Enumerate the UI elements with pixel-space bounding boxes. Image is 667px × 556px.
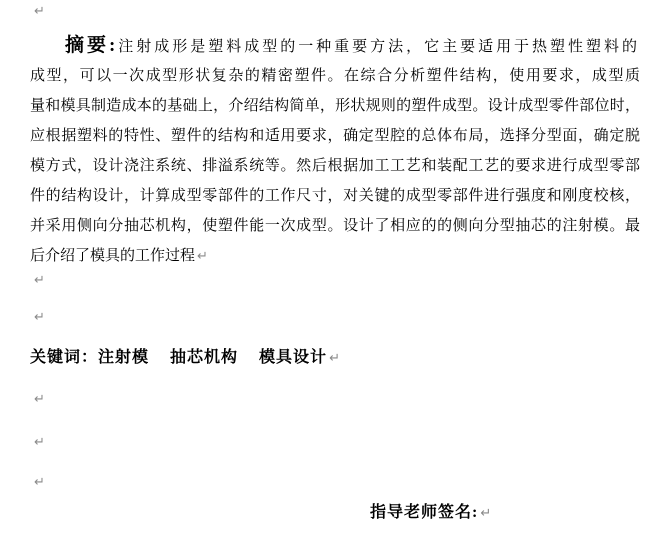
abstract-line: 并采用侧向分抽芯机构，使塑件能一次成型。设计了相应的的侧向分型抽芯的注射模。最 [30, 211, 640, 241]
paragraph-mark: ↵ [480, 506, 492, 521]
abstract-line: 应根据塑料的特性、塑件的结构和适用要求，确定型腔的总体布局，选择分型面，确定脱 [30, 121, 640, 151]
abstract-text: 注射成形是塑料成型的一种重要方法，它主要适用于热塑性塑料的 [115, 39, 637, 55]
paragraph-mark: ↵ [34, 475, 45, 491]
abstract-line: 摘要:注射成形是塑料成型的一种重要方法，它主要适用于热塑性塑料的 [30, 31, 637, 61]
keywords-label: 关键词： [30, 349, 98, 366]
document-page: ↵ 摘要:注射成形是塑料成型的一种重要方法，它主要适用于热塑性塑料的 成型，可以… [0, 0, 667, 556]
abstract-line: 模方式，设计浇注系统、排溢系统等。然后根据加工工艺和装配工艺的要求进行成型零部 [30, 151, 640, 181]
paragraph-mark: ↵ [34, 392, 45, 408]
signature-line: 指导老师签名:↵ [370, 502, 492, 525]
paragraph-mark: ↵ [197, 249, 208, 264]
paragraph-mark: ↵ [34, 4, 45, 20]
signature-label: 指导老师签名: [370, 504, 478, 521]
abstract-line: 后介绍了模具的工作过程↵ [30, 241, 640, 271]
abstract-text: 后介绍了模具的工作过程 [30, 248, 195, 264]
paragraph-mark: ↵ [329, 351, 341, 366]
keyword-item: 抽芯机构 [170, 349, 238, 366]
paragraph-mark: ↵ [34, 435, 45, 451]
keywords-line: 关键词：注射模抽芯机构模具设计↵ [30, 347, 341, 370]
paragraph-mark: ↵ [34, 273, 45, 289]
paragraph-mark: ↵ [34, 310, 45, 326]
abstract-line: 成型，可以一次成型形状复杂的精密塑件。在综合分析塑件结构，使用要求，成型质 [30, 61, 640, 91]
keyword-item: 模具设计 [259, 349, 327, 366]
abstract-line: 量和模具制造成本的基础上，介绍结构简单，形状规则的塑件成型。设计成型零件部位时， [30, 91, 640, 121]
keyword-item: 注射模 [98, 349, 149, 366]
abstract-line: 件的结构设计，计算成型零部件的工作尺寸，对关键的成型零部件进行强度和刚度校核， [30, 181, 640, 211]
abstract-heading: 摘要: [65, 35, 115, 56]
abstract-paragraph: 摘要:注射成形是塑料成型的一种重要方法，它主要适用于热塑性塑料的 成型，可以一次… [30, 31, 640, 271]
